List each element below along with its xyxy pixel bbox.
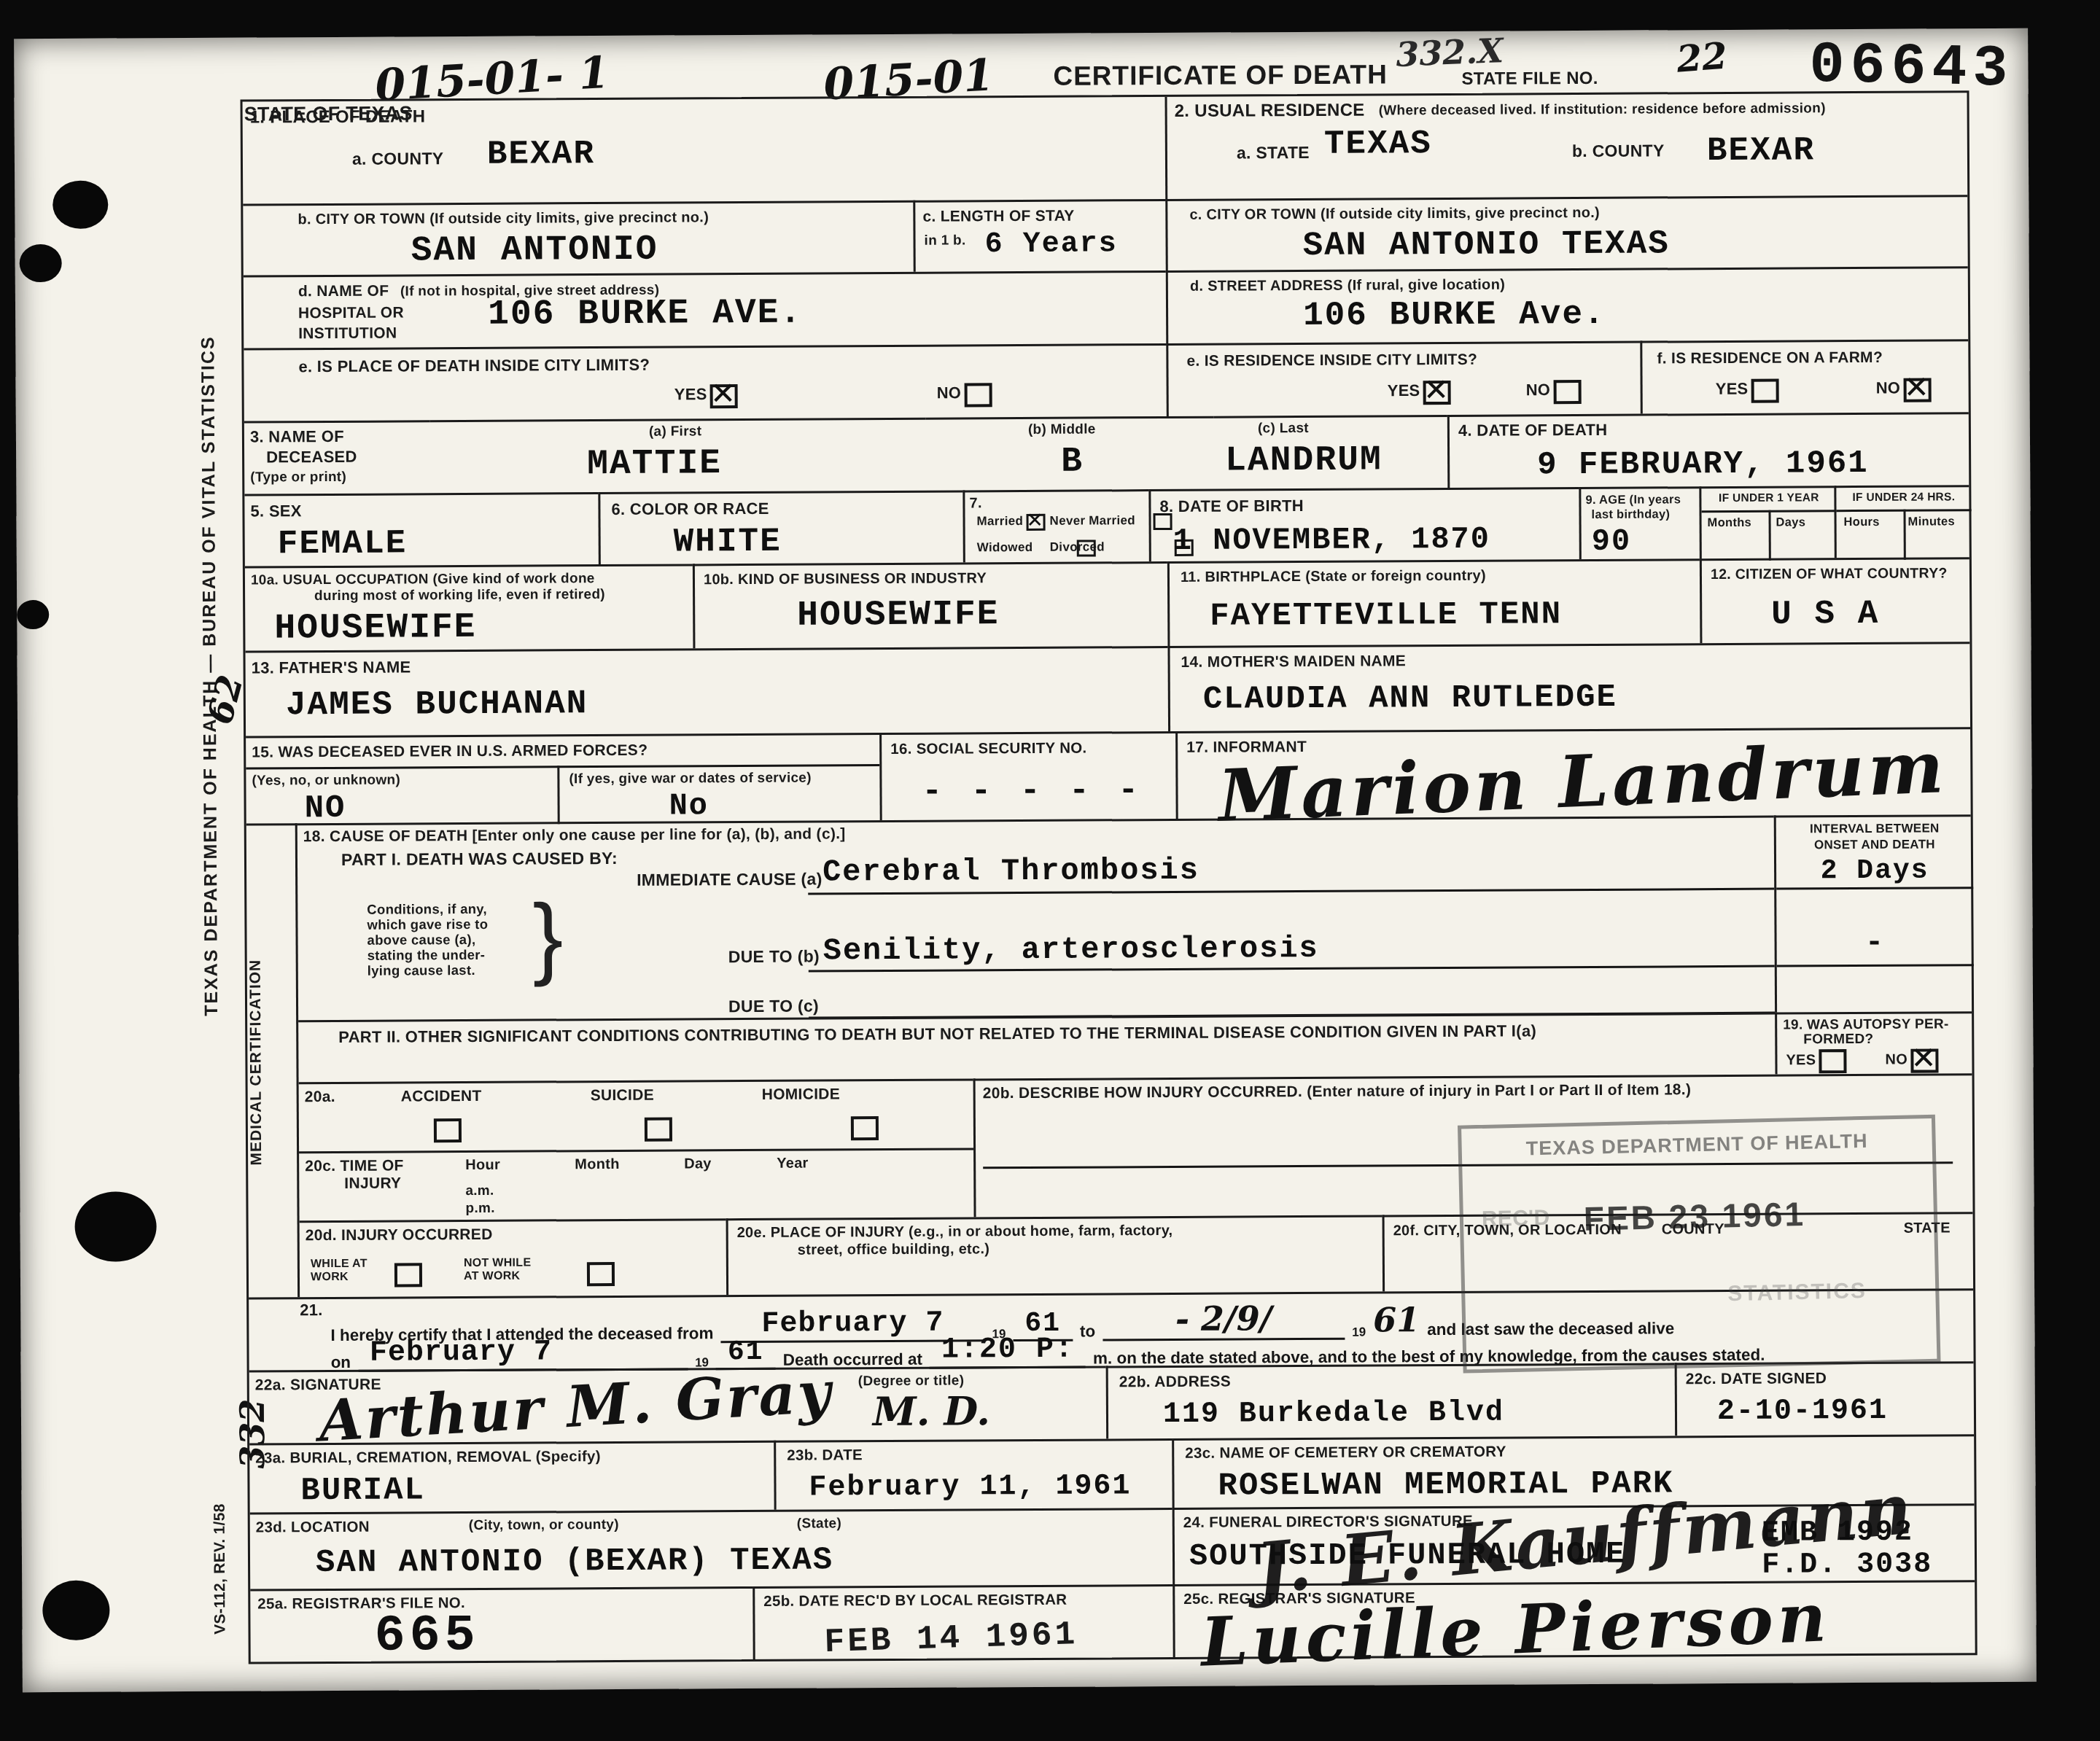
medical-certification-label: MEDICAL CERTIFICATION — [246, 825, 295, 1299]
field-registrar-file-no: 25a. REGISTRAR'S FILE NO. 665 — [250, 1586, 753, 1662]
name-label-2: DECEASED — [266, 448, 357, 467]
divider — [246, 764, 879, 770]
field-street-address: d. STREET ADDRESS (If rural, give locati… — [1166, 266, 1969, 343]
stamp-recd: REC'D — [1482, 1206, 1550, 1232]
field-mothers-maiden-name: 14. MOTHER'S MAIDEN NAME CLAUDIA ANN RUT… — [1167, 642, 1970, 731]
birthplace-value: FAYETTEVILLE TENN — [1210, 596, 1562, 635]
field-last-name: (c) Last LANDRUM — [1214, 415, 1448, 489]
field-date-of-birth: 8. DATE OF BIRTH 1 NOVEMBER, 1870 — [1148, 487, 1579, 561]
stamp-line-1: TEXAS DEPARTMENT OF HEALTH — [1461, 1129, 1932, 1162]
residence-state-label: a. STATE — [1237, 143, 1310, 163]
no-checkbox — [965, 383, 992, 407]
never-married-label: Never Married — [1050, 513, 1135, 529]
scanned-death-certificate: TEXAS DEPARTMENT OF HEALTH — BUREAU OF V… — [0, 0, 2100, 1741]
date-signed-label: 22c. DATE SIGNED — [1686, 1370, 1827, 1388]
residence-county-label: b. COUNTY — [1572, 141, 1665, 161]
homicide-label: HOMICIDE — [762, 1086, 841, 1104]
while-at-work-checkbox — [394, 1263, 422, 1287]
street-address-value: 106 BURKE Ave. — [1303, 295, 1606, 335]
handwritten-code-4: 22 — [1675, 34, 1729, 81]
field-burial-location: 23d. LOCATION (City, town, or county) (S… — [250, 1508, 1173, 1589]
year-label: Year — [777, 1156, 809, 1172]
field-color-or-race: 6. COLOR OR RACE WHITE — [598, 490, 963, 564]
residence-city-value: SAN ANTONIO TEXAS — [1302, 225, 1670, 265]
field-length-of-stay: c. LENGTH OF STAY in 1 b. 6 Years — [913, 199, 1166, 272]
no-checkbox — [1554, 380, 1582, 404]
burial-date-label: 23b. DATE — [787, 1446, 863, 1465]
yes-checkbox — [1819, 1049, 1847, 1073]
armed-forces-value1: NO — [304, 790, 346, 827]
registrar-file-value: 665 — [374, 1608, 479, 1666]
time-of-death-slot: 1:20 P: — [930, 1333, 1086, 1369]
cause-b-value: Senility, arterosclerosis — [823, 931, 1319, 969]
location-sub1: (City, town, or county) — [469, 1517, 619, 1534]
punch-hole — [17, 600, 49, 629]
residence-state-value: TEXAS — [1324, 125, 1432, 163]
field-place-of-death: 1. PLACE OF DEATH a. COUNTY BEXAR — [243, 97, 1166, 204]
age-label-2: last birthday) — [1591, 507, 1670, 522]
location-value: SAN ANTONIO (BEXAR) TEXAS — [316, 1542, 833, 1581]
sex-value: FEMALE — [278, 524, 408, 563]
length-of-stay-label: c. LENGTH OF STAY — [922, 208, 1074, 226]
divider — [557, 766, 559, 824]
20e-label-1: 20e. PLACE OF INJURY (e.g., in or about … — [737, 1223, 1173, 1242]
due-to-b-label: DUE TO (b) — [728, 946, 820, 967]
street-address-label: d. STREET ADDRESS (If rural, give locati… — [1190, 277, 1505, 295]
last-seen-slot: February 7 — [358, 1335, 688, 1371]
field-birthplace: 11. BIRTHPLACE (State or foreign country… — [1167, 558, 1700, 646]
business-value: HOUSEWIFE — [797, 595, 1000, 635]
birthplace-label: 11. BIRTHPLACE (State or foreign country… — [1181, 568, 1486, 586]
date-received-stamp: FEB 14 1961 — [824, 1616, 1078, 1662]
location-sub2: (State) — [797, 1516, 841, 1532]
race-value: WHITE — [674, 523, 782, 561]
minutes-label: Minutes — [1908, 515, 1956, 529]
field-time-of-injury: 20c. TIME OF INJURY Hour Month Day Year … — [299, 1148, 973, 1220]
suicide-label: SUICIDE — [591, 1087, 654, 1105]
divider — [1768, 510, 1770, 561]
state-file-no-label: STATE FILE NO. — [1461, 69, 1598, 90]
field-kind-of-business: 10b. KIND OF BUSINESS OR INDUSTRY HOUSEW… — [693, 561, 1168, 648]
father-label: 13. FATHER'S NAME — [252, 658, 411, 677]
field-cause-of-death: 18. CAUSE OF DEATH [Enter only one cause… — [297, 816, 1775, 1021]
20b-label: 20b. DESCRIBE HOW INJURY OCCURRED. (Ente… — [983, 1081, 1692, 1102]
field-physician-signature: 22a. SIGNATURE Arthur M. Gray (Degree or… — [249, 1366, 1107, 1443]
yes-checkbox-checked — [1423, 381, 1451, 405]
county-value: BEXAR — [487, 135, 595, 174]
accident-checkbox — [434, 1118, 462, 1142]
field-burial-date: 23b. DATE February 11, 1961 — [774, 1438, 1172, 1510]
city-value: SAN ANTONIO — [411, 230, 658, 271]
field-date-of-death: 4. DATE OF DEATH 9 FEBRUARY, 1961 — [1447, 412, 1969, 488]
20e-label-2: street, office building, etc.) — [798, 1241, 990, 1258]
residence-city-limits-no: NO — [1526, 380, 1582, 404]
race-label: 6. COLOR OR RACE — [611, 499, 769, 519]
field-age: 9. AGE (In years last birthday) 90 — [1579, 486, 1700, 559]
residence-city-label: c. CITY OR TOWN (If outside city limits,… — [1189, 205, 1600, 224]
field-marital-status: 7. Married Never Married Widowed Divorce… — [962, 489, 1149, 562]
cause-a-value: Cerebral Thrombosis — [822, 853, 1199, 890]
field-if-under-1-year: IF UNDER 1 YEAR Months Days — [1699, 486, 1835, 558]
brace-glyph: } — [532, 891, 563, 982]
medical-certification-margin: MEDICAL CERTIFICATION — [246, 823, 300, 1297]
first-name-value: MATTIE — [587, 444, 722, 484]
month-label: Month — [575, 1156, 620, 1173]
citizen-value: U S A — [1771, 595, 1879, 634]
under-24-hrs-header: IF UNDER 24 HRS. — [1836, 491, 1971, 505]
location-label: 23d. LOCATION — [256, 1519, 370, 1537]
field-accident-suicide-homicide: 20a. ACCIDENT SUICIDE HOMICIDE — [299, 1078, 973, 1151]
interval-header-2: ONSET AND DEATH — [1776, 837, 1973, 852]
suicide-checkbox — [645, 1118, 672, 1142]
death-city-limits-yes: YES — [674, 384, 739, 408]
length-of-stay-value: 6 Years — [984, 227, 1117, 261]
field-usual-residence: 2. USUAL RESIDENCE (Where deceased lived… — [1165, 93, 1968, 199]
date-signed-value: 2-10-1961 — [1717, 1395, 1888, 1428]
yes-checkbox-checked — [710, 384, 738, 408]
dob-value: 1 NOVEMBER, 1870 — [1173, 522, 1491, 558]
21-label: 21. — [300, 1301, 323, 1320]
field-autopsy: 19. WAS AUTOPSY PER- FORMED? YES NO — [1775, 1011, 1972, 1074]
interval-a-line — [1776, 887, 1973, 889]
burial-date-value: February 11, 1961 — [809, 1470, 1131, 1504]
burial-value: BURIAL — [300, 1472, 425, 1509]
20d-label: 20d. INJURY OCCURRED — [306, 1226, 493, 1245]
address-label: 22b. ADDRESS — [1119, 1374, 1231, 1392]
institution-label: d. NAME OF — [298, 283, 389, 301]
field-residence-city: c. CITY OR TOWN (If outside city limits,… — [1165, 195, 1967, 270]
ssn-value: - - - - - — [922, 771, 1143, 811]
pm-label: p.m. — [465, 1201, 494, 1217]
last-name-label: (c) Last — [1258, 421, 1309, 437]
date-of-death-label: 4. DATE OF DEATH — [1458, 421, 1608, 440]
field-fathers-name: 13. FATHER'S NAME JAMES BUCHANAN — [245, 646, 1168, 736]
field-death-inside-city-limits: e. IS PLACE OF DEATH INSIDE CITY LIMITS?… — [244, 343, 1167, 421]
sex-label: 5. SEX — [250, 502, 301, 521]
health-department-received-stamp: TEXAS DEPARTMENT OF HEALTH REC'D FEB 23 … — [1458, 1115, 1941, 1374]
cause-of-death-header: 18. CAUSE OF DEATH [Enter only one cause… — [303, 825, 846, 846]
county-label: a. COUNTY — [352, 149, 444, 169]
20c-label-2: INJURY — [344, 1175, 401, 1192]
residence-farm-label: f. IS RESIDENCE ON A FARM? — [1657, 349, 1883, 368]
field-residence-inside-city-limits: e. IS RESIDENCE INSIDE CITY LIMITS? YES … — [1166, 341, 1641, 416]
institution-label2: HOSPITAL OR — [298, 304, 404, 322]
certificate-paper: TEXAS DEPARTMENT OF HEALTH — BUREAU OF V… — [14, 28, 2037, 1692]
occupation-value: HOUSEWIFE — [274, 608, 477, 648]
occupation-label-2: during most of working life, even if ret… — [314, 587, 605, 604]
stamp-date: FEB 23 1961 — [1583, 1194, 1805, 1239]
dob-label: 8. DATE OF BIRTH — [1159, 496, 1304, 516]
death-city-limits-no: NO — [937, 383, 992, 407]
occupation-label-1: 10a. USUAL OCCUPATION (Give kind of work… — [251, 571, 595, 588]
field-sex: 5. SEX FEMALE — [244, 492, 599, 566]
20a-label: 20a. — [305, 1088, 335, 1106]
autopsy-yes: YES — [1786, 1049, 1847, 1073]
certificate-title: CERTIFICATE OF DEATH — [1053, 59, 1388, 91]
no-checkbox-checked — [1910, 1048, 1938, 1072]
interval-header-1: INTERVAL BETWEEN — [1776, 821, 1973, 836]
age-label-1: 9. AGE (In years — [1585, 493, 1681, 507]
interval-b-value: - — [1776, 924, 1973, 960]
field-injury-occurred: 20d. INJURY OCCURRED WHILE AT WORK NOT W… — [300, 1218, 727, 1297]
field-residence-on-farm: f. IS RESIDENCE ON A FARM? YES NO — [1640, 339, 1969, 413]
armed-forces-label: 15. WAS DECEASED EVER IN U.S. ARMED FORC… — [252, 742, 647, 762]
divorced-label: Divorced — [1050, 540, 1105, 554]
immediate-cause-label: IMMEDIATE CAUSE (a) — [637, 869, 822, 889]
punch-hole — [20, 244, 62, 282]
armed-forces-value2: No — [669, 788, 709, 823]
field-informant: 17. INFORMANT Marion Landrum — [1175, 727, 1971, 819]
under-1-year-header: IF UNDER 1 YEAR — [1701, 491, 1836, 505]
name-label-1: 3. NAME OF — [250, 427, 344, 447]
armed-forces-sub1: (Yes, no, or unknown) — [252, 772, 400, 789]
certificate-form-grid: 1. PLACE OF DEATH a. COUNTY BEXAR 2. USU… — [241, 90, 1977, 1664]
field-city-of-death: b. CITY OR TOWN (If outside city limits,… — [243, 200, 914, 276]
punch-hole — [52, 181, 108, 229]
father-value: JAMES BUCHANAN — [286, 685, 588, 724]
hour-label: Hour — [465, 1157, 500, 1174]
divider — [1903, 510, 1905, 560]
field-physician-address: 22b. ADDRESS 119 Burkedale Blvd — [1106, 1363, 1676, 1438]
field-name-of-deceased-label: 3. NAME OF DECEASED (Type or print) — [244, 420, 431, 494]
conditions-note: Conditions, if any, which gave rise to a… — [367, 901, 488, 978]
field-interval-onset-death: INTERVAL BETWEEN ONSET AND DEATH 2 Days … — [1774, 814, 1972, 1012]
interval-b-line — [1777, 964, 1974, 967]
margin-form-number: VS-112, REV. 1/58 — [211, 1456, 237, 1682]
mother-label: 14. MOTHER'S MAIDEN NAME — [1181, 653, 1407, 671]
residence-farm-yes: YES — [1716, 379, 1780, 403]
months-label: Months — [1708, 516, 1752, 530]
field-funeral-director: 24. FUNERAL DIRECTOR'S SIGNATURE SOUTHSI… — [1172, 1503, 1975, 1584]
accident-label: ACCIDENT — [401, 1088, 482, 1106]
middle-name-value: B — [1061, 443, 1084, 482]
day-label: Day — [684, 1156, 712, 1172]
field-first-name: (a) First MATTIE — [430, 418, 927, 494]
punch-hole — [74, 1191, 157, 1262]
handwritten-code-3: 332.X — [1395, 31, 1504, 74]
city-label: b. CITY OR TOWN (If outside city limits,… — [297, 209, 709, 228]
punch-hole — [42, 1581, 109, 1640]
institution-value: 106 BURKE AVE. — [488, 294, 803, 335]
business-label: 10b. KIND OF BUSINESS OR INDUSTRY — [704, 570, 987, 588]
field-part2-conditions: PART II. OTHER SIGNIFICANT CONDITIONS CO… — [298, 1013, 1775, 1083]
yes-checkbox — [1751, 379, 1779, 403]
mother-value: CLAUDIA ANN RUTLEDGE — [1203, 679, 1617, 718]
marital-label: 7. — [969, 495, 981, 512]
field-place-of-injury: 20e. PLACE OF INJURY (e.g., in or about … — [726, 1215, 1383, 1295]
first-name-label: (a) First — [649, 424, 701, 440]
field-armed-forces: 15. WAS DECEASED EVER IN U.S. ARMED FORC… — [246, 733, 880, 824]
section2-title: 2. USUAL RESIDENCE — [1175, 101, 1365, 122]
residence-city-limits-yes: YES — [1388, 381, 1452, 405]
citizen-label: 12. CITIZEN OF WHAT COUNTRY? — [1711, 565, 1948, 583]
residence-county-value: BEXAR — [1707, 131, 1815, 170]
while-at-work-label: WHILE AT WORK — [311, 1258, 367, 1284]
date-of-death-value: 9 FEBRUARY, 1961 — [1537, 445, 1869, 483]
armed-forces-sub2: (If yes, give war or dates of service) — [569, 771, 812, 788]
last-name-value: LANDRUM — [1225, 440, 1382, 480]
residence-city-limits-label: e. IS RESIDENCE INSIDE CITY LIMITS? — [1186, 351, 1477, 370]
field-citizen-of: 12. CITIZEN OF WHAT COUNTRY? U S A — [1700, 557, 1970, 643]
section2-title-paren: (Where deceased lived. If institution: r… — [1379, 101, 1826, 119]
stamp-line-2: STATISTICS — [1727, 1279, 1867, 1306]
not-while-at-work-label: NOT WHILE AT WORK — [464, 1257, 532, 1283]
married-checkbox-checked — [1027, 514, 1046, 531]
autopsy-label-2: FORMED? — [1803, 1032, 1873, 1048]
field-middle-name: (b) Middle B — [926, 416, 1215, 491]
death-city-limits-label: e. IS PLACE OF DEATH INSIDE CITY LIMITS? — [298, 356, 650, 377]
cemetery-label: 23c. NAME OF CEMETERY OR CREMATORY — [1185, 1444, 1506, 1462]
name-label-3: (Type or print) — [250, 470, 346, 486]
am-label: a.m. — [465, 1183, 494, 1199]
burial-label: 23a. BURIAL, CREMATION, REMOVAL (Specify… — [255, 1448, 601, 1467]
ssn-label: 16. SOCIAL SECURITY NO. — [890, 740, 1086, 758]
degree-value: M. D. — [873, 1387, 990, 1435]
not-while-at-work-checkbox — [587, 1262, 615, 1286]
institution-label3: INSTITUTION — [298, 325, 397, 343]
autopsy-no: NO — [1885, 1048, 1938, 1072]
field-if-under-24-hrs: IF UNDER 24 HRS. Hours Minutes — [1834, 485, 1969, 558]
field-hospital-institution: d. NAME OF (If not in hospital, give str… — [244, 270, 1167, 348]
residence-farm-no: NO — [1876, 378, 1932, 402]
field-usual-occupation: 10a. USUAL OCCUPATION (Give kind of work… — [245, 564, 693, 650]
days-label: Days — [1776, 515, 1806, 529]
section1-title: 1. PLACE OF DEATH — [250, 106, 426, 128]
due-to-c-label: DUE TO (c) — [728, 996, 819, 1016]
20c-label-1: 20c. TIME OF — [305, 1157, 404, 1175]
part1-label: PART I. DEATH WAS CAUSED BY: — [341, 849, 618, 870]
field-date-received: 25b. DATE REC'D BY LOCAL REGISTRAR FEB 1… — [752, 1584, 1173, 1659]
field-date-signed: 22c. DATE SIGNED 2-10-1961 — [1675, 1361, 1975, 1436]
part2-label: PART II. OTHER SIGNIFICANT CONDITIONS CO… — [338, 1021, 1536, 1047]
widowed-label: Widowed — [977, 540, 1033, 555]
hours-label: Hours — [1844, 515, 1880, 529]
homicide-checkbox — [851, 1116, 879, 1140]
field-social-security-no: 16. SOCIAL SECURITY NO. - - - - - — [879, 731, 1176, 820]
middle-name-label: (b) Middle — [1028, 421, 1096, 437]
date-received-label: 25b. DATE REC'D BY LOCAL REGISTRAR — [763, 1592, 1067, 1610]
age-value: 90 — [1592, 524, 1632, 559]
no-checkbox-checked — [1904, 378, 1932, 402]
length-of-stay-sublabel: in 1 b. — [924, 233, 965, 249]
interval-a-value: 2 Days — [1776, 854, 1973, 887]
address-value: 119 Burkedale Blvd — [1163, 1397, 1504, 1431]
married-label: Married — [977, 514, 1024, 529]
